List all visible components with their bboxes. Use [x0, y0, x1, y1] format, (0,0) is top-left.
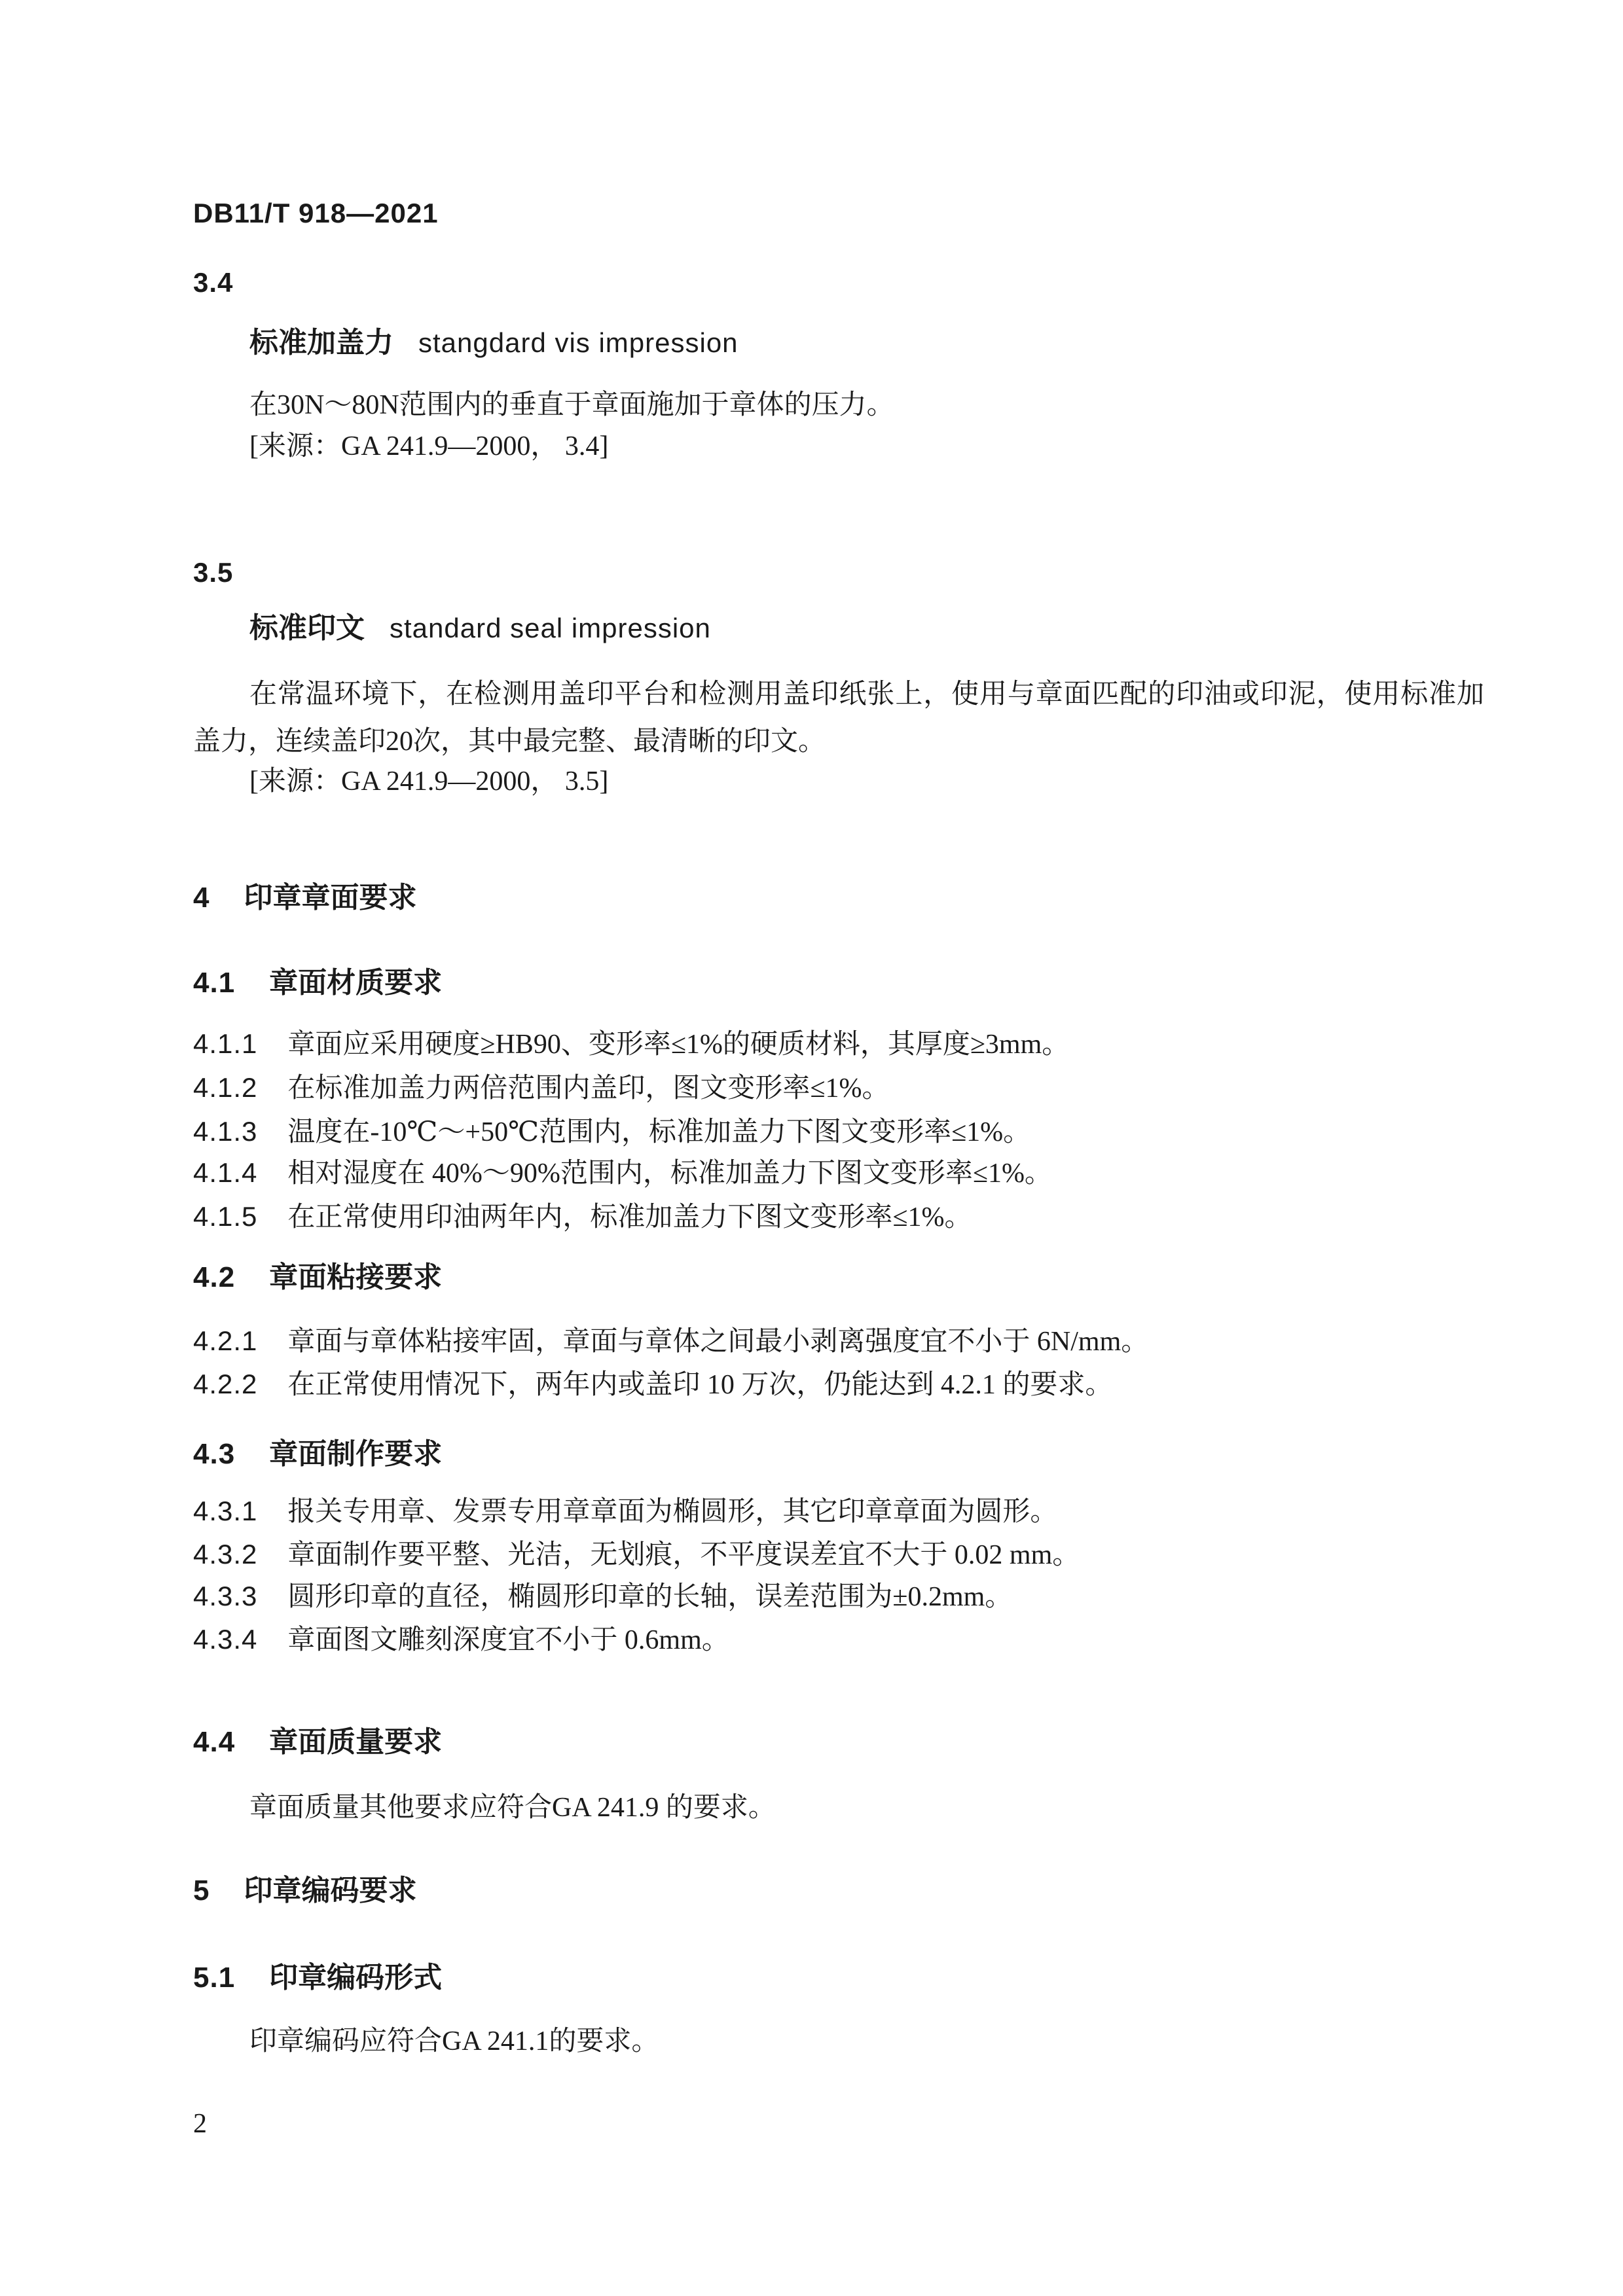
section-4-1-title: 章面材质要求: [269, 967, 442, 999]
clause-4-3-3: 4.3.3圆形印章的直径，椭圆形印章的长轴，误差范围为±0.2mm。: [193, 1579, 1012, 1614]
clause-4-1-4-text: 相对湿度在 40%～90%范围内，标准加盖力下图文变形率≤1%。: [287, 1158, 1052, 1189]
clause-4-3-2-text: 章面制作要平整、光洁，无划痕，不平度误差宜不大于 0.02 mm。: [287, 1540, 1080, 1570]
section-4-1-heading: 4.1章面材质要求: [193, 966, 442, 1000]
clause-4-1-5-text: 在正常使用印油两年内，标准加盖力下图文变形率≤1%。: [287, 1202, 972, 1232]
clause-4-3-2: 4.3.2章面制作要平整、光洁，无划痕，不平度误差宜不大于 0.02 mm。: [193, 1537, 1080, 1572]
term-3-5-definition: 在常温环境下，在检测用盖印平台和检测用盖印纸张上，使用与章面匹配的印油或印泥，使…: [193, 671, 1484, 765]
clause-4-1-5: 4.1.5在正常使用印油两年内，标准加盖力下图文变形率≤1%。: [193, 1200, 972, 1234]
term-3-5-en: standard seal impression: [390, 613, 711, 643]
section-5-title: 印章编码要求: [244, 1874, 416, 1907]
clause-4-3-1-text: 报关专用章、发票专用章章面为椭圆形，其它印章章面为圆形。: [287, 1497, 1057, 1527]
term-3-5-heading: 标准印文standard seal impression: [249, 611, 711, 646]
clause-4-2-2-text: 在正常使用情况下，两年内或盖印 10 万次，仍能达到 4.2.1 的要求。: [287, 1370, 1112, 1400]
section-4-3-number: 4.3: [193, 1438, 235, 1470]
clause-4-1-1-number: 4.1.1: [193, 1028, 257, 1059]
clause-4-1-1-text: 章面应采用硬度≥HB90、变形率≤1%的硬质材料，其厚度≥3mm。: [287, 1030, 1069, 1060]
doc-header: DB11/T 918—2021: [193, 196, 439, 230]
clause-4-3-3-number: 4.3.3: [193, 1581, 257, 1611]
paragraph-5-1: 印章编码应符合GA 241.1的要求。: [249, 2024, 659, 2058]
term-3-4-source: [来源：GA 241.9—2000， 3.4]: [249, 429, 608, 463]
clause-4-3-4-text: 章面图文雕刻深度宜不小于 0.6mm。: [287, 1625, 729, 1655]
section-4-3-heading: 4.3章面制作要求: [193, 1437, 442, 1471]
section-4-heading: 4印章章面要求: [193, 881, 416, 915]
clause-4-3-4: 4.3.4章面图文雕刻深度宜不小于 0.6mm。: [193, 1623, 729, 1657]
clause-4-3-1: 4.3.1报关专用章、发票专用章章面为椭圆形，其它印章章面为圆形。: [193, 1494, 1057, 1529]
clause-4-1-2-number: 4.1.2: [193, 1072, 257, 1103]
section-5-heading: 5印章编码要求: [193, 1874, 416, 1908]
clause-4-2-2: 4.2.2在正常使用情况下，两年内或盖印 10 万次，仍能达到 4.2.1 的要…: [193, 1367, 1112, 1402]
term-3-4-definition: 在30N～80N范围内的垂直于章面施加于章体的压力。: [249, 388, 894, 422]
document-page: DB11/T 918—2021 3.4 标准加盖力stangdard vis i…: [0, 0, 1623, 2296]
clause-4-3-1-number: 4.3.1: [193, 1496, 257, 1526]
clause-4-3-4-number: 4.3.4: [193, 1624, 257, 1655]
section-4-2-heading: 4.2章面粘接要求: [193, 1261, 442, 1295]
clause-4-1-1: 4.1.1章面应采用硬度≥HB90、变形率≤1%的硬质材料，其厚度≥3mm。: [193, 1027, 1069, 1062]
clause-4-1-3-number: 4.1.3: [193, 1116, 257, 1147]
section-4-2-title: 章面粘接要求: [269, 1261, 442, 1293]
section-4-4-heading: 4.4章面质量要求: [193, 1725, 442, 1759]
section-5-number: 5: [193, 1874, 210, 1907]
section-4-number: 4: [193, 882, 210, 914]
clause-4-1-3: 4.1.3温度在-10℃～+50℃范围内，标准加盖力下图文变形率≤1%。: [193, 1115, 1030, 1149]
term-3-4-en: stangdard vis impression: [418, 327, 739, 358]
clause-4-1-4: 4.1.4相对湿度在 40%～90%范围内，标准加盖力下图文变形率≤1%。: [193, 1156, 1052, 1191]
clause-4-3-3-text: 圆形印章的直径，椭圆形印章的长轴，误差范围为±0.2mm。: [287, 1582, 1012, 1612]
section-5-1-number: 5.1: [193, 1962, 235, 1994]
section-4-3-title: 章面制作要求: [269, 1438, 442, 1470]
term-3-4-number: 3.4: [193, 266, 233, 300]
clause-4-1-5-number: 4.1.5: [193, 1201, 257, 1232]
clause-4-2-1: 4.2.1章面与章体粘接牢固，章面与章体之间最小剥离强度宜不小于 6N/mm。: [193, 1324, 1148, 1359]
section-4-4-title: 章面质量要求: [269, 1726, 442, 1758]
clause-4-1-4-number: 4.1.4: [193, 1157, 257, 1188]
paragraph-4-4: 章面质量其他要求应符合GA 241.9 的要求。: [249, 1791, 776, 1825]
section-4-2-number: 4.2: [193, 1261, 235, 1293]
clause-4-3-2-number: 4.3.2: [193, 1539, 257, 1570]
clause-4-1-3-text: 温度在-10℃～+50℃范围内，标准加盖力下图文变形率≤1%。: [287, 1117, 1030, 1147]
term-3-4-heading: 标准加盖力stangdard vis impression: [249, 326, 739, 361]
clause-4-1-2-text: 在标准加盖力两倍范围内盖印，图文变形率≤1%。: [287, 1073, 889, 1103]
section-4-1-number: 4.1: [193, 967, 235, 999]
clause-4-2-1-text: 章面与章体粘接牢固，章面与章体之间最小剥离强度宜不小于 6N/mm。: [287, 1327, 1148, 1357]
term-3-5-zh: 标准印文: [249, 612, 365, 644]
clause-4-2-1-number: 4.2.1: [193, 1325, 257, 1356]
term-3-4-zh: 标准加盖力: [249, 327, 393, 359]
section-5-1-heading: 5.1印章编码形式: [193, 1961, 442, 1995]
term-3-5-source: [来源：GA 241.9—2000， 3.5]: [249, 764, 608, 798]
section-5-1-title: 印章编码形式: [269, 1962, 442, 1994]
clause-4-2-2-number: 4.2.2: [193, 1369, 257, 1399]
section-4-title: 印章章面要求: [244, 882, 416, 914]
term-3-5-number: 3.5: [193, 556, 233, 590]
page-number: 2: [193, 2107, 207, 2141]
clause-4-1-2: 4.1.2在标准加盖力两倍范围内盖印，图文变形率≤1%。: [193, 1071, 889, 1105]
section-4-4-number: 4.4: [193, 1726, 235, 1758]
